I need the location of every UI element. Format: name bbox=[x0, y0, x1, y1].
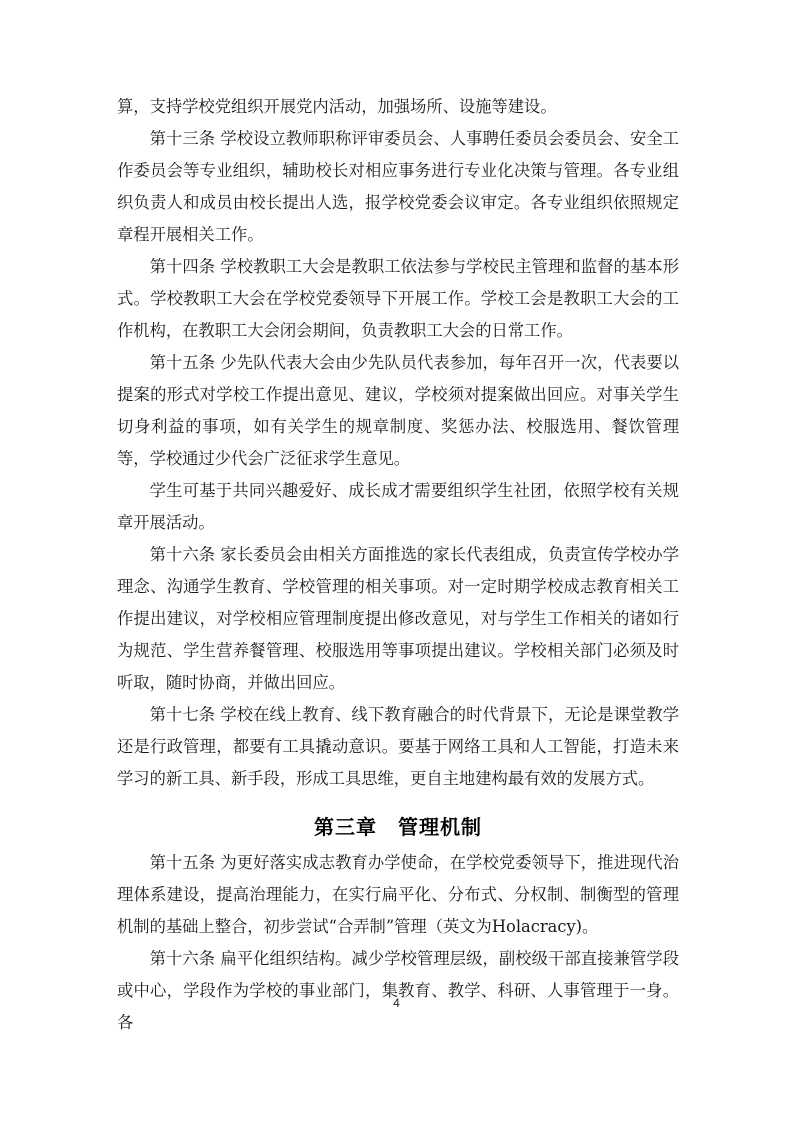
article-13: 第十三条 学校设立教师职称评审委员会、人事聘任委员会委员会、安全工作委员会等专业… bbox=[117, 123, 679, 251]
page-number: 4 bbox=[0, 996, 793, 1010]
article-17: 第十七条 学校在线上教育、线下教育融合的时代背景下，无论是课堂教学还是行政管理，… bbox=[117, 699, 679, 795]
chapter-heading: 第三章 管理机制 bbox=[117, 809, 679, 845]
chapter-3-article-15: 第十五条 为更好落实成志教育办学使命，在学校党委领导下，推进现代治理体系建设，提… bbox=[117, 847, 679, 943]
article-16: 第十六条 家长委员会由相关方面推选的家长代表组成，负责宣传学校办学理念、沟通学生… bbox=[117, 539, 679, 699]
paragraph-continuation: 算，支持学校党组织开展党内活动，加强场所、设施等建设。 bbox=[117, 91, 679, 123]
article-15: 第十五条 少先队代表大会由少先队员代表参加，每年召开一次，代表要以提案的形式对学… bbox=[117, 347, 679, 475]
document-page: 算，支持学校党组织开展党内活动，加强场所、设施等建设。 第十三条 学校设立教师职… bbox=[0, 0, 793, 1122]
page-body: 算，支持学校党组织开展党内活动，加强场所、设施等建设。 第十三条 学校设立教师职… bbox=[117, 91, 679, 1039]
student-clubs-paragraph: 学生可基于共同兴趣爱好、成长成才需要组织学生社团，依照学校有关规章开展活动。 bbox=[117, 475, 679, 539]
article-14: 第十四条 学校教职工大会是教职工依法参与学校民主管理和监督的基本形式。学校教职工… bbox=[117, 251, 679, 347]
chapter-3-article-16: 第十六条 扁平化组织结构。减少学校管理层级，副校级干部直接兼管学段或中心，学段作… bbox=[117, 943, 679, 1039]
